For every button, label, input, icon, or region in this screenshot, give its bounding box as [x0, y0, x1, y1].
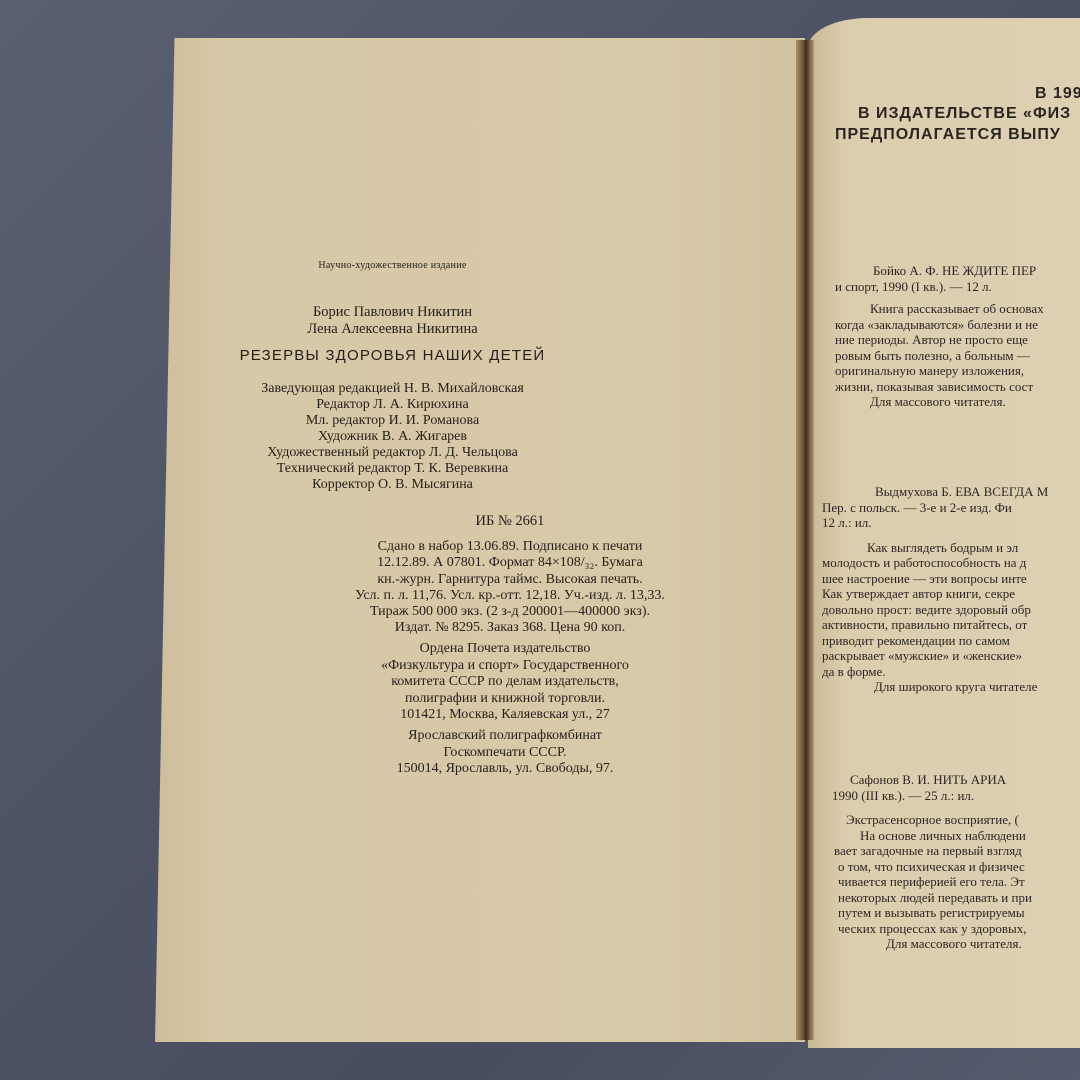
- credit-line: Технический редактор Т. К. Веревкина: [195, 461, 590, 477]
- entry-desc-line: ние периоды. Автор не просто еще: [835, 332, 1044, 348]
- imprint-line: кн.-журн. Гарнитура таймс. Высокая печат…: [325, 572, 695, 588]
- genre-label: Научно-художественное издание: [195, 258, 590, 275]
- imprint-block: Сдано в набор 13.06.89. Подписано к печа…: [325, 539, 695, 637]
- imprint-line: Тираж 500 000 экз. (2 з-д 200001—400000 …: [325, 604, 695, 620]
- entry-desc-line: оригинальную манеру изложения,: [835, 363, 1044, 379]
- entry-desc-line: ческих процессах как у здоровых,: [838, 921, 1032, 937]
- entry-desc-line: Книга рассказывает об основах: [835, 301, 1044, 317]
- entry-desc-line: о том, что психическая и физичес: [838, 859, 1032, 875]
- publisher-line: 101421, Москва, Каляевская ул., 27: [320, 707, 690, 724]
- author-2: Лена Алексеевна Никитина: [195, 321, 590, 338]
- entry-desc-line: Экстрасенсорное восприятие, (: [838, 812, 1032, 828]
- printer-block: Ярославский полиграфкомбинат Госкомпечат…: [320, 728, 690, 778]
- publisher-line: комитета СССР по делам издательств,: [320, 674, 690, 691]
- imprint-line: Сдано в набор 13.06.89. Подписано к печа…: [325, 539, 695, 555]
- entry-desc-line: чивается периферией его тела. Эт: [838, 874, 1032, 890]
- entry-details: Пер. с польск. — 3-е и 2-е изд. Фи: [822, 500, 1048, 516]
- entry-title: Бойко А. Ф. НЕ ЖДИТЕ ПЕР: [835, 263, 1044, 279]
- entry-desc-line: ровым быть полезно, а больным —: [835, 348, 1044, 364]
- entry-desc-line: шее настроение — эти вопросы инте: [822, 571, 1048, 587]
- printer-line: Ярославский полиграфкомбинат: [320, 728, 690, 745]
- entry-desc-line: Как утверждает автор книги, секре: [822, 586, 1048, 602]
- entry-desc-line: молодость и работоспособность на д: [822, 555, 1048, 571]
- imprint-line: 12.12.89. А 07801. Формат 84×108/₃₂. Бум…: [325, 555, 695, 571]
- entry-details: 1990 (III кв.). — 25 л.: ил.: [832, 788, 1032, 804]
- ib-number: ИБ № 2661: [325, 513, 695, 530]
- entry-title: Сафонов В. И. НИТЬ АРИА: [838, 772, 1032, 788]
- book-entry-3: Сафонов В. И. НИТЬ АРИА 1990 (III кв.). …: [838, 772, 1032, 952]
- publisher-line: полиграфии и книжной торговли.: [320, 691, 690, 708]
- imprint-line: Издат. № 8295. Заказ 368. Цена 90 коп.: [325, 620, 695, 636]
- entry-desc-line: вает загадочные на первый взгляд: [834, 843, 1032, 859]
- book-spine: [796, 40, 814, 1040]
- announcement-heading-line-2: В ИЗДАТЕЛЬСТВЕ «ФИЗ: [858, 103, 1071, 124]
- entry-desc-line: раскрывает «мужские» и «женские»: [822, 648, 1048, 664]
- publisher-block: Ордена Почета издательство «Физкультура …: [320, 641, 690, 724]
- entry-desc-line: довольно прост: ведите здоровый обр: [822, 602, 1048, 618]
- book-entry-1: Бойко А. Ф. НЕ ЖДИТЕ ПЕР и спорт, 1990 (…: [835, 263, 1044, 410]
- entry-desc-line: когда «закладываются» болезни и не: [835, 317, 1044, 333]
- printer-line: 150014, Ярославль, ул. Свободы, 97.: [320, 761, 690, 778]
- entry-details: 12 л.: ил.: [822, 515, 1048, 531]
- announcement-heading-line-3: ПРЕДПОЛАГАЕТСЯ ВЫПУ: [835, 124, 1061, 145]
- entry-audience: Для широкого круга читателе: [822, 679, 1048, 695]
- entry-audience: Для массового читателя.: [835, 394, 1044, 410]
- credits-list: Заведующая редакцией Н. В. Михайловская …: [195, 381, 590, 493]
- entry-desc-line: жизни, показывая зависимость сост: [835, 379, 1044, 395]
- credit-line: Корректор О. В. Мысягина: [195, 477, 590, 493]
- entry-desc-line: На основе личных наблюдени: [838, 828, 1032, 844]
- entry-desc-line: активности, правильно питайтесь, от: [822, 617, 1048, 633]
- credit-line: Художественный редактор Л. Д. Чельцова: [195, 445, 590, 461]
- authors: Борис Павлович Никитин Лена Алексеевна Н…: [195, 304, 590, 337]
- entry-audience: Для массового читателя.: [838, 936, 1032, 952]
- book-entry-2: Выдмухова Б. ЕВА ВСЕГДА М Пер. с польск.…: [822, 484, 1048, 695]
- credit-line: Мл. редактор И. И. Романова: [195, 413, 590, 429]
- entry-desc-line: приводит рекомендации по самом: [822, 633, 1048, 649]
- entry-desc-line: путем и вызывать регистрируемы: [838, 905, 1032, 921]
- book-title: РЕЗЕРВЫ ЗДОРОВЬЯ НАШИХ ДЕТЕЙ: [195, 348, 590, 365]
- printer-line: Госкомпечати СССР.: [320, 745, 690, 762]
- publisher-line: Ордена Почета издательство: [320, 641, 690, 658]
- credit-line: Художник В. А. Жигарев: [195, 429, 590, 445]
- credit-line: Заведующая редакцией Н. В. Михайловская: [195, 381, 590, 397]
- entry-desc-line: некоторых людей передавать и при: [838, 890, 1032, 906]
- entry-desc-line: да в форме.: [822, 664, 1048, 680]
- imprint-line: Усл. п. л. 11,76. Усл. кр.-отт. 12,18. У…: [325, 588, 695, 604]
- announcement-heading-line-1: В 199: [1035, 83, 1080, 104]
- entry-details: и спорт, 1990 (I кв.). — 12 л.: [835, 279, 1044, 295]
- credit-line: Редактор Л. А. Кирюхина: [195, 397, 590, 413]
- entry-title: Выдмухова Б. ЕВА ВСЕГДА М: [822, 484, 1048, 500]
- publisher-line: «Физкультура и спорт» Государственного: [320, 658, 690, 675]
- author-1: Борис Павлович Никитин: [195, 304, 590, 321]
- entry-desc-line: Как выглядеть бодрым и эл: [822, 540, 1048, 556]
